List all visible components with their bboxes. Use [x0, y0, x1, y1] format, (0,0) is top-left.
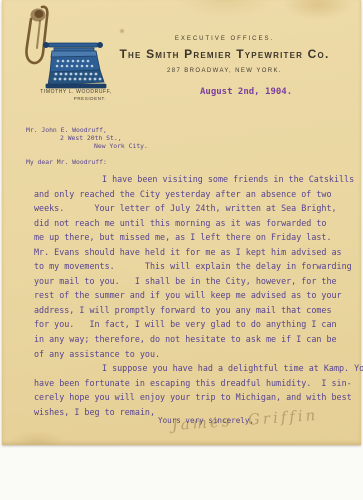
letter-date: August 2nd, 1904. [200, 87, 292, 97]
officer-title: PRESIDENT. [60, 96, 120, 101]
letter-paper: EXECUTIVE OFFICES. The Smith Premier Typ… [2, 0, 361, 445]
salutation: My dear Mr. Woodruff: [26, 158, 107, 166]
body-line: I suppose you have had a delightful time… [34, 361, 349, 376]
body-line: have been fortunate in escaping this dre… [34, 376, 349, 391]
body-line: I have been visiting some friends in the… [34, 172, 349, 187]
body-line: and only reached the City yesterday afte… [34, 187, 349, 202]
body-line: rest of the summer and if you will keep … [34, 288, 349, 303]
company-name: The Smith Premier Typewriter Co. [92, 47, 357, 61]
body-line: in any way; therefore, do not hesitate t… [34, 332, 349, 347]
body-line: weeks. Your letter of July 24th, written… [34, 201, 349, 216]
body-line: your mail to you. I shall be in the City… [34, 274, 349, 289]
closing: Yours very sincerely, [158, 416, 254, 425]
recipient-city: New York City. [94, 142, 148, 150]
executive-offices-label: EXECUTIVE OFFICES. [122, 36, 327, 42]
body-line: address, I will promptly forward to you … [34, 303, 349, 318]
body-line: to my movements. This will explain the d… [34, 259, 349, 274]
recipient-street: 2 West 20th St., [60, 134, 122, 142]
body-line: me up there, but missed me, as I left th… [34, 230, 349, 245]
officer-name: TIMOTHY L. WOODRUFF, [32, 89, 120, 95]
body-line: cerely hope you will enjoy your trip to … [34, 390, 349, 405]
company-address: 287 BROADWAY, NEW YORK. [122, 68, 327, 74]
body-line: Mr. Evans should have held it for me as … [34, 245, 349, 260]
body-line: did not reach me until this morning as i… [34, 216, 349, 231]
recipient-name: Mr. John E. Woodruff, [26, 126, 107, 134]
body-line: for you. In fact, I will be very glad to… [34, 317, 349, 332]
body-line: of any assistance to you. [34, 347, 349, 362]
letter-body: I have been visiting some friends in the… [34, 172, 349, 419]
